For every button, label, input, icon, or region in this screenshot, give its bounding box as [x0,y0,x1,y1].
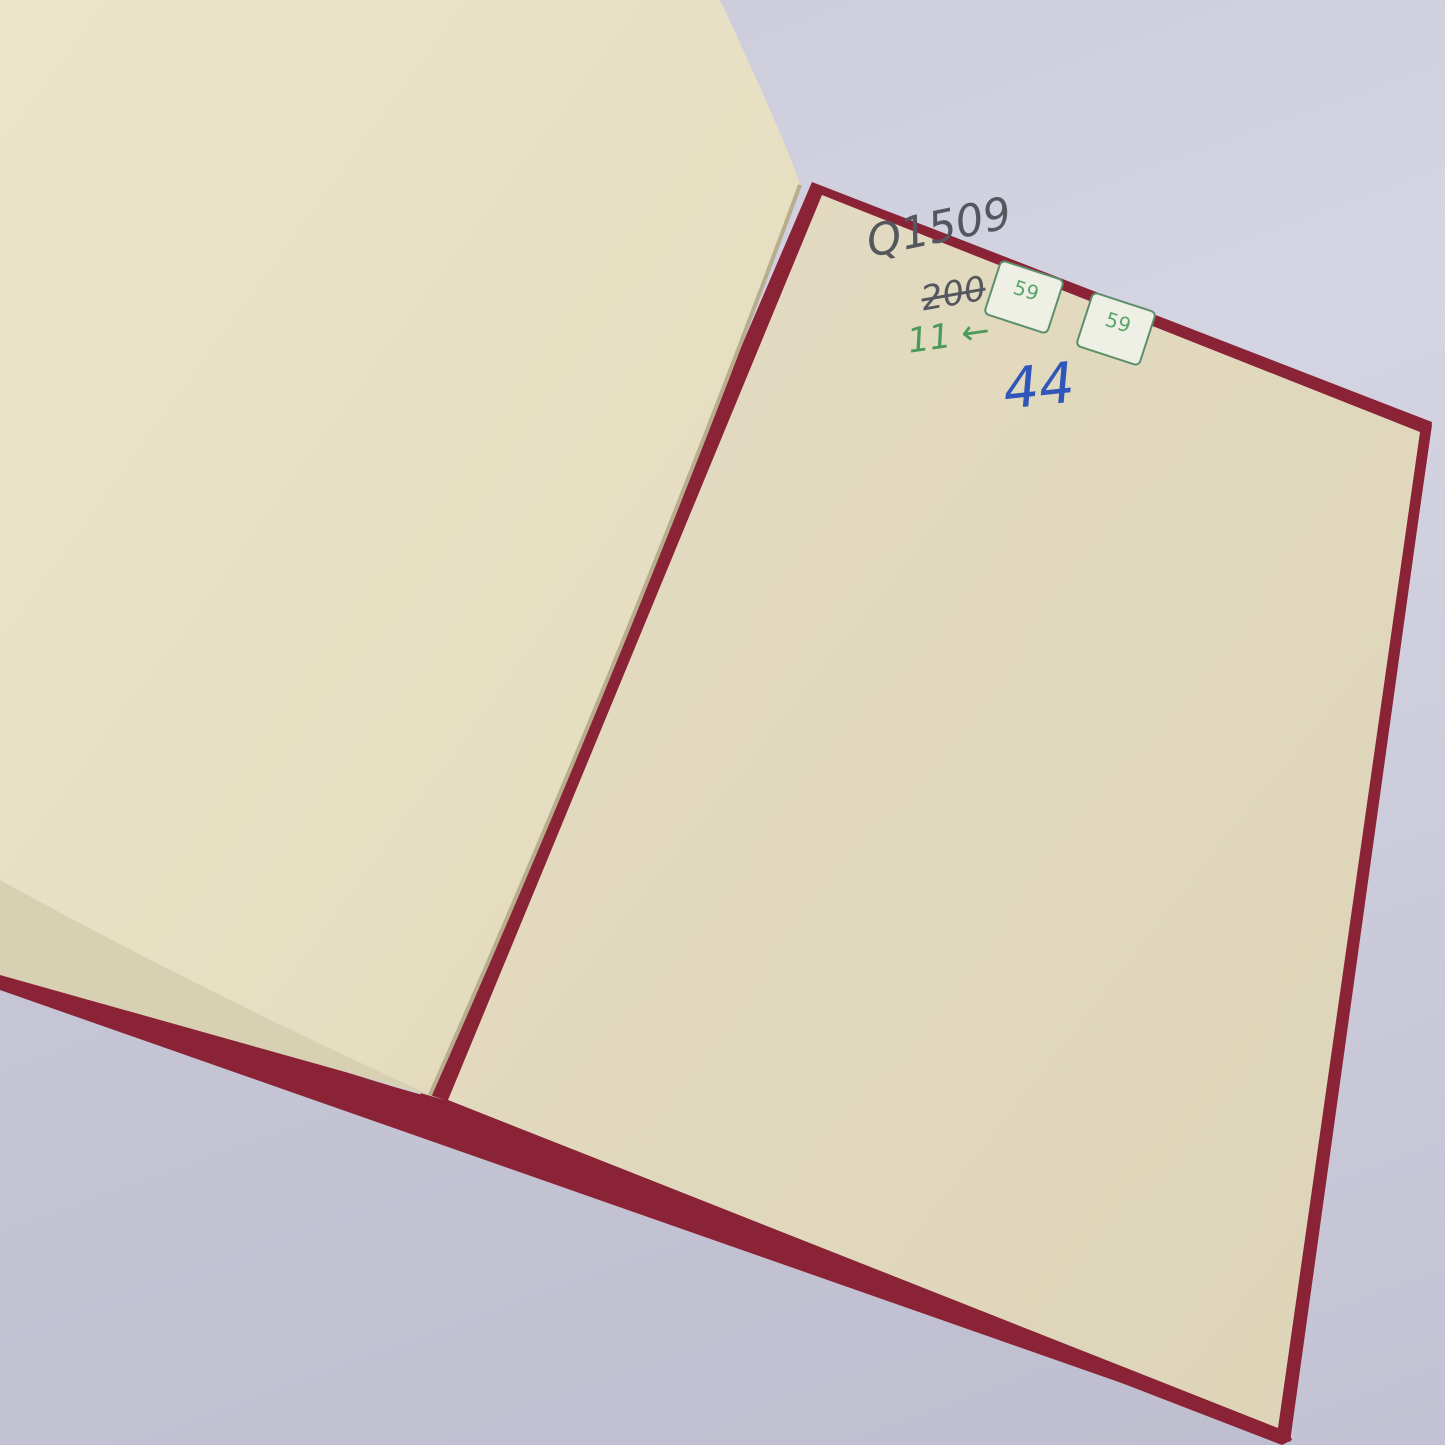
price-label-text: 59 [1084,301,1152,344]
price-label-text: 59 [992,269,1060,312]
book-photo: Q1509 200 11 ← 44 59 59 [0,0,1445,1445]
blue-annotation: 44 [1000,351,1078,423]
book-illustration [0,0,1445,1445]
